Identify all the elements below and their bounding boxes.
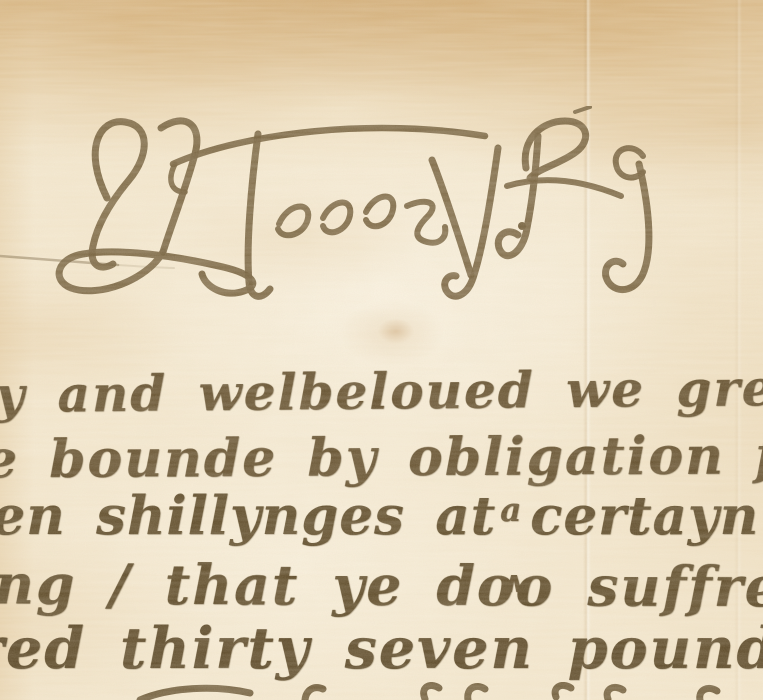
- cropped-line-stroke-tips: [0, 682, 763, 700]
- manuscript-line: red thirty seven poundes and: [0, 620, 763, 677]
- royal-signature: [55, 106, 675, 306]
- manuscript-line: yng / that ye doo suffre the s: [0, 556, 763, 615]
- manuscript-line: ty and welbeloued we grete you: [0, 362, 763, 421]
- manuscript-line-with-insertion: ten shillynges ata∧certayn daie: [0, 490, 763, 543]
- line-text-before-insert: ten shillynges at: [0, 485, 496, 547]
- inserted-letter: a: [500, 494, 522, 527]
- signature-strokes: [59, 107, 649, 296]
- manuscript-scan: ty and welbeloued we grete you e bounde …: [0, 0, 763, 700]
- line-text-after-insert: certayn daie: [530, 485, 763, 547]
- manuscript-line: e bounde by obligation for the: [0, 429, 763, 486]
